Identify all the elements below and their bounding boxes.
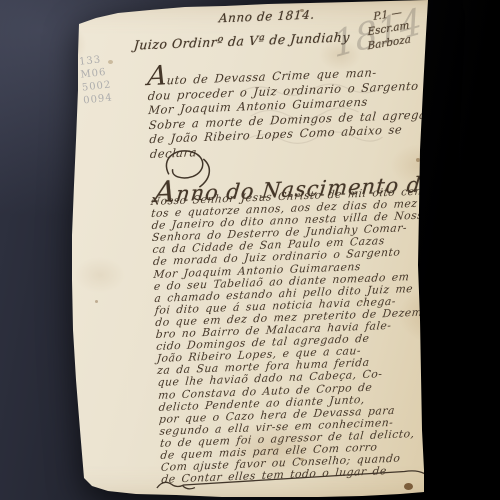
pencil-line: 0094	[83, 91, 114, 107]
margin-pencil-annotation: 133 M06 5002 0094	[78, 53, 113, 108]
handwriting-layer: Anno de 1814. Juizo Ordinrº da Vª de Jun…	[0, 0, 500, 500]
body-paragraph: Nosso Senhor Jesus Christo de mil oito c…	[150, 185, 440, 486]
paper-shadow: Anno de 1814. Juizo Ordinrº da Vª de Jun…	[0, 0, 500, 500]
corner-clerk-note: P.1 — Escr.am Barboza	[347, 1, 430, 56]
manuscript-page: Anno de 1814. Juizo Ordinrº da Vª de Jun…	[0, 0, 500, 500]
header-court: Juizo Ordinrº da Vª de Jundiahy	[133, 29, 350, 52]
manuscript-photo: Anno de 1814. Juizo Ordinrº da Vª de Jun…	[0, 0, 500, 500]
header-year: Anno de 1814.	[218, 8, 315, 26]
